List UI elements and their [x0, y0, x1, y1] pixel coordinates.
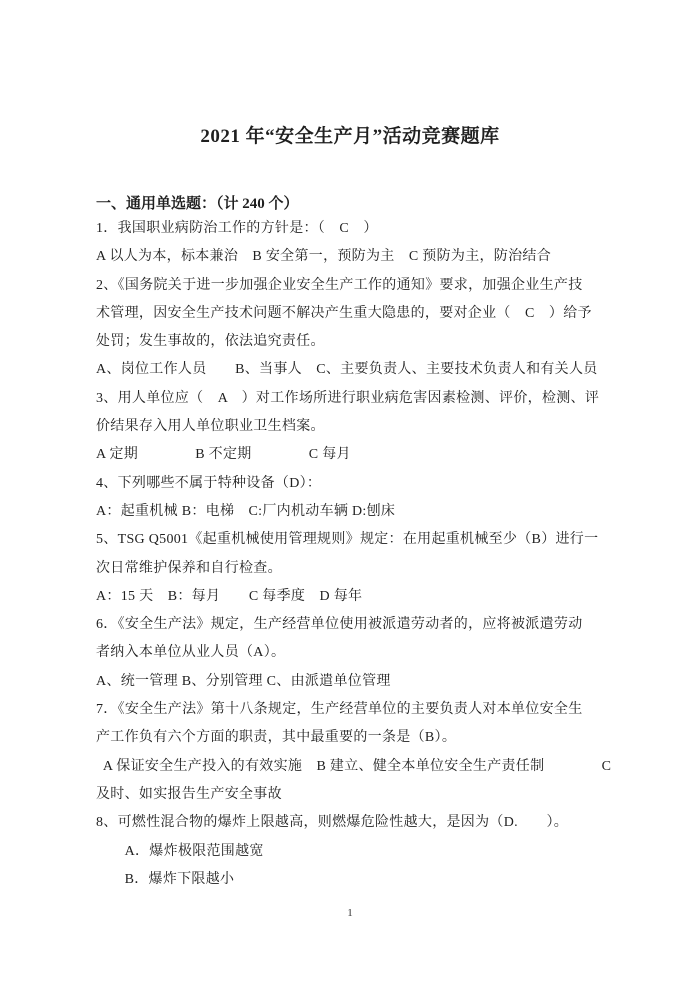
document-line: A、岗位工作人员 B、当事人 C、主要负责人、主要技术负责人和有关人员 — [96, 356, 604, 384]
page-number: 1 — [96, 906, 604, 921]
document-line: A 以人为本，标本兼治 B 安全第一，预防为主 C 预防为主，防治结合 — [96, 243, 604, 271]
document-line: 8、可燃性混合物的爆炸上限越高，则燃爆危险性越大，是因为（D. ）。 — [96, 809, 604, 837]
document-line: 5、TSG Q5001《起重机械使用管理规则》规定：在用起重机械至少（B）进行一 — [96, 526, 604, 554]
document-line: A：15 天 B：每月 C 每季度 D 每年 — [96, 583, 604, 611]
document-line: 处罚；发生事故的，依法追究责任。 — [96, 328, 604, 356]
document-line: A：起重机械 B：电梯 C:厂内机动车辆 D:刨床 — [96, 498, 604, 526]
document-line: A、统一管理 B、分别管理 C、由派遣单位管理 — [96, 668, 604, 696]
document-line: 及时、如实报告生产安全事故 — [96, 781, 604, 809]
document-line: 者纳入本单位从业人员（A）。 — [96, 639, 604, 667]
document-line: B．爆炸下限越小 — [96, 866, 604, 894]
document-line: 3、用人单位应（ A ）对工作场所进行职业病危害因素检测、评价，检测、评 — [96, 385, 604, 413]
document-line: 术管理，因安全生产技术问题不解决产生重大隐患的，要对企业（ C ）给予 — [96, 300, 604, 328]
document-line: 产工作负有六个方面的职责，其中最重要的一条是（B）。 — [96, 724, 604, 752]
document-content: 2021 年“安全生产月”活动竞赛题库 一、通用单选题：（计 240 个） 1．… — [0, 0, 700, 921]
document-line: A 保证安全生产投入的有效实施 B 建立、健全本单位安全生产责任制 C — [96, 753, 604, 781]
document-line: A．爆炸极限范围越宽 — [96, 838, 604, 866]
document-line: 1．我国职业病防治工作的方针是：（ C ） — [96, 215, 604, 243]
document-line: 6．《安全生产法》规定，生产经营单位使用被派遣劳动者的，应将被派遣劳动 — [96, 611, 604, 639]
document-line: 4、下列哪些不属于特种设备（D）： — [96, 470, 604, 498]
document-line: 2、《国务院关于进一步加强企业安全生产工作的通知》要求，加强企业生产技 — [96, 272, 604, 300]
document-body: 1．我国职业病防治工作的方针是：（ C ）A 以人为本，标本兼治 B 安全第一，… — [96, 215, 604, 894]
document-page: 2021 年“安全生产月”活动竞赛题库 一、通用单选题：（计 240 个） 1．… — [0, 0, 700, 990]
document-line: 次日常维护保养和自行检查。 — [96, 555, 604, 583]
document-line: 7．《安全生产法》第十八条规定，生产经营单位的主要负责人对本单位安全生 — [96, 696, 604, 724]
document-title: 2021 年“安全生产月”活动竞赛题库 — [96, 0, 604, 150]
section-heading: 一、通用单选题：（计 240 个） — [96, 194, 604, 215]
document-line: A 定期 B 不定期 C 每月 — [96, 441, 604, 469]
document-line: 价结果存入用人单位职业卫生档案。 — [96, 413, 604, 441]
